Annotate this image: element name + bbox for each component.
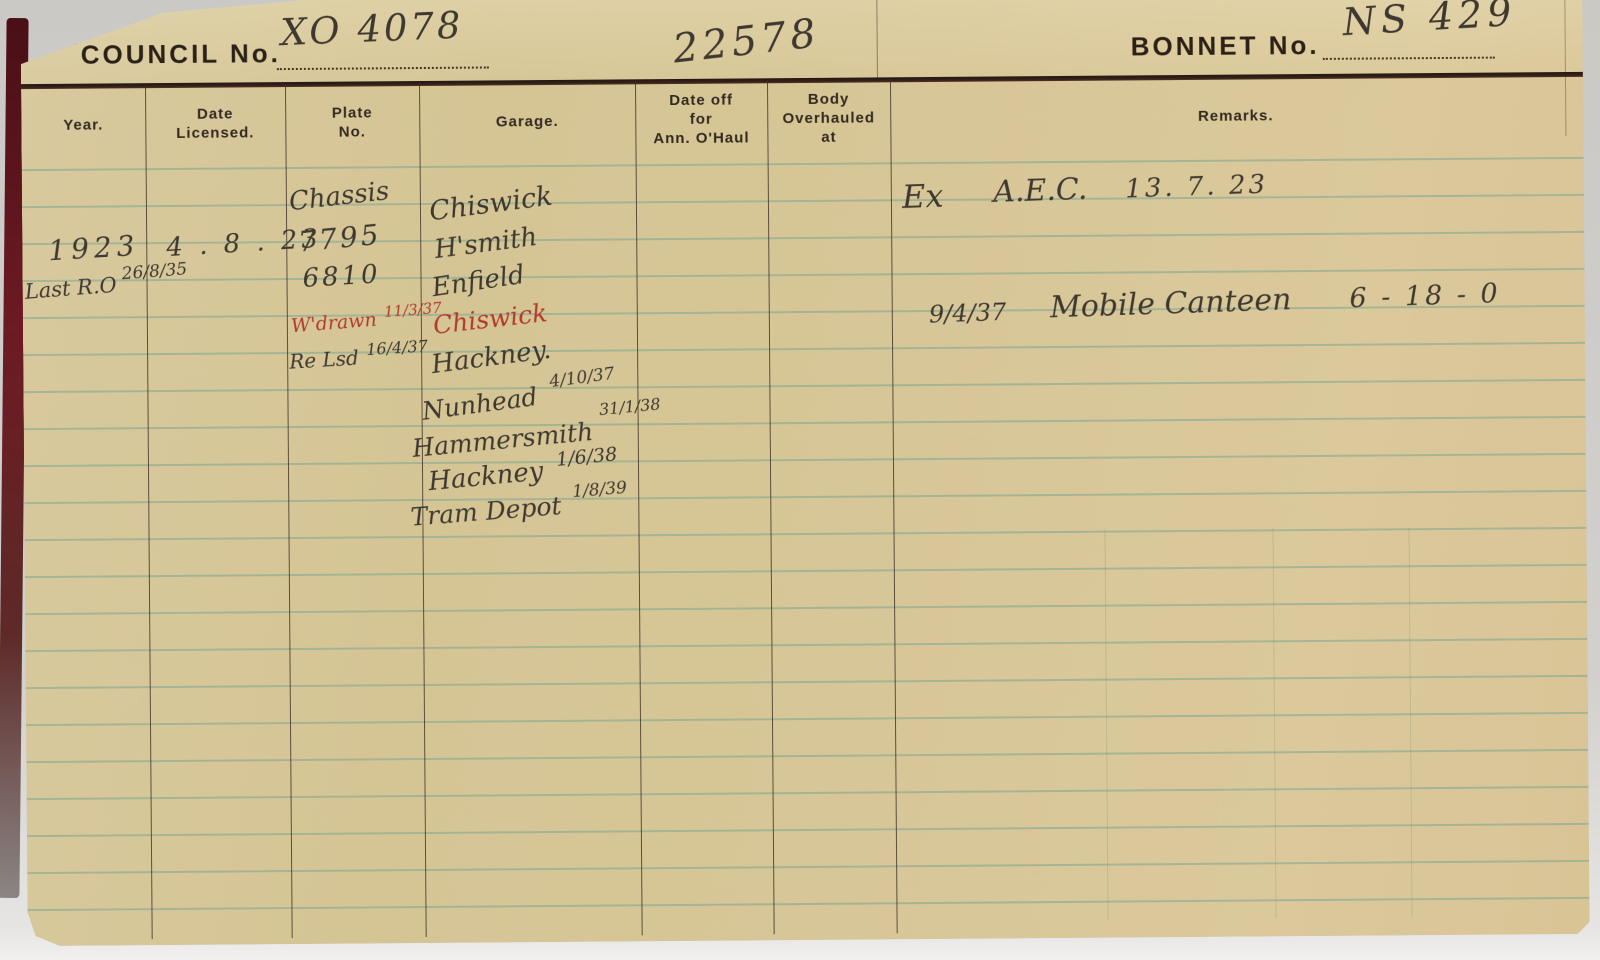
remark-canteen-value: 6 - 18 - 0 [1349,278,1501,314]
column-header-garage: Garage. [419,111,635,132]
remark-aec: A.E.C. [993,172,1088,210]
column-header-body-overhauled: Body Overhauled at [767,89,890,147]
garage-date: 1/8/39 [572,478,628,502]
bonnet-no-label: BONNET No. [1131,30,1320,62]
last-ro-date: 26/8/35 [121,259,188,284]
column-header-plate-no: Plate No. [285,103,419,142]
remark-date: 13. 7. 23 [1125,170,1269,205]
council-no-label: COUNCIL No. [81,38,281,71]
remark-ex: Ex [901,177,944,216]
relicensed-date: 16/4/37 [366,336,429,359]
column-header-year: Year. [21,115,145,135]
remark-canteen-date: 9/4/37 [929,298,1007,329]
entry-chassis-no-2: 6810 [302,259,382,294]
council-no-value: XO 4078 [280,3,465,54]
vehicle-record-card: 2/ COUNCIL No. XO 4078 22578 BONNET No. … [20,0,1589,946]
scanned-record-card-page: 2/ COUNCIL No. XO 4078 22578 BONNET No. … [0,0,1600,960]
garage-date: 1/6/38 [555,443,618,471]
column-header-date-licensed: Date Licensed. [145,104,285,143]
column-header-date-off: Date off for Ann. O'Haul [635,90,767,148]
entry-year: 1923 [47,229,140,267]
relicensed-text: Re Lsd [289,346,360,374]
